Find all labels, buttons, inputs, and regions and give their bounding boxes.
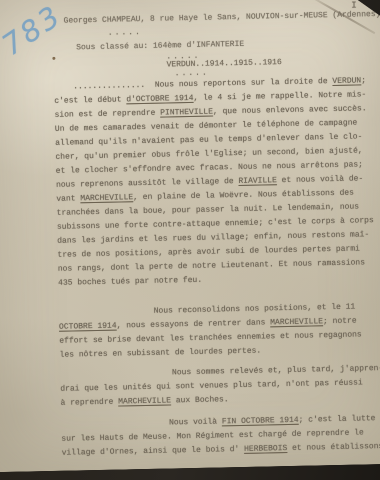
archive-number-annotation: 783 bbox=[0, 0, 68, 62]
page-number: I bbox=[351, 0, 357, 10]
paragraph: ............... Nous nous reportons sur … bbox=[54, 74, 380, 291]
paragraph: Nous reconsolidons nos positions, et le … bbox=[59, 300, 380, 363]
dots-separator: ..... bbox=[108, 28, 142, 38]
regiment-line: Sous classé au: 164ème d'INFANTERIE bbox=[76, 40, 244, 53]
document-page: 783 I Georges CHAMPEAU, 8 rue Haye le Sa… bbox=[0, 0, 380, 472]
photographed-page-background: 783 I Georges CHAMPEAU, 8 rue Haye le Sa… bbox=[0, 0, 380, 480]
ink-speck bbox=[52, 57, 55, 60]
author-address-line: Georges CHAMPEAU, 8 rue Haye le Sans, NO… bbox=[64, 10, 380, 26]
paragraph: Nous voilà FIN OCTOBRE 1914; c'est la lu… bbox=[61, 412, 380, 461]
paragraph: Nous sommes relevés et, plus tard, j'app… bbox=[60, 362, 380, 411]
testimony-body: ............... Nous nous reportons sur … bbox=[54, 74, 380, 461]
document-title: VERDUN..1914..1915..1916 bbox=[166, 58, 281, 69]
